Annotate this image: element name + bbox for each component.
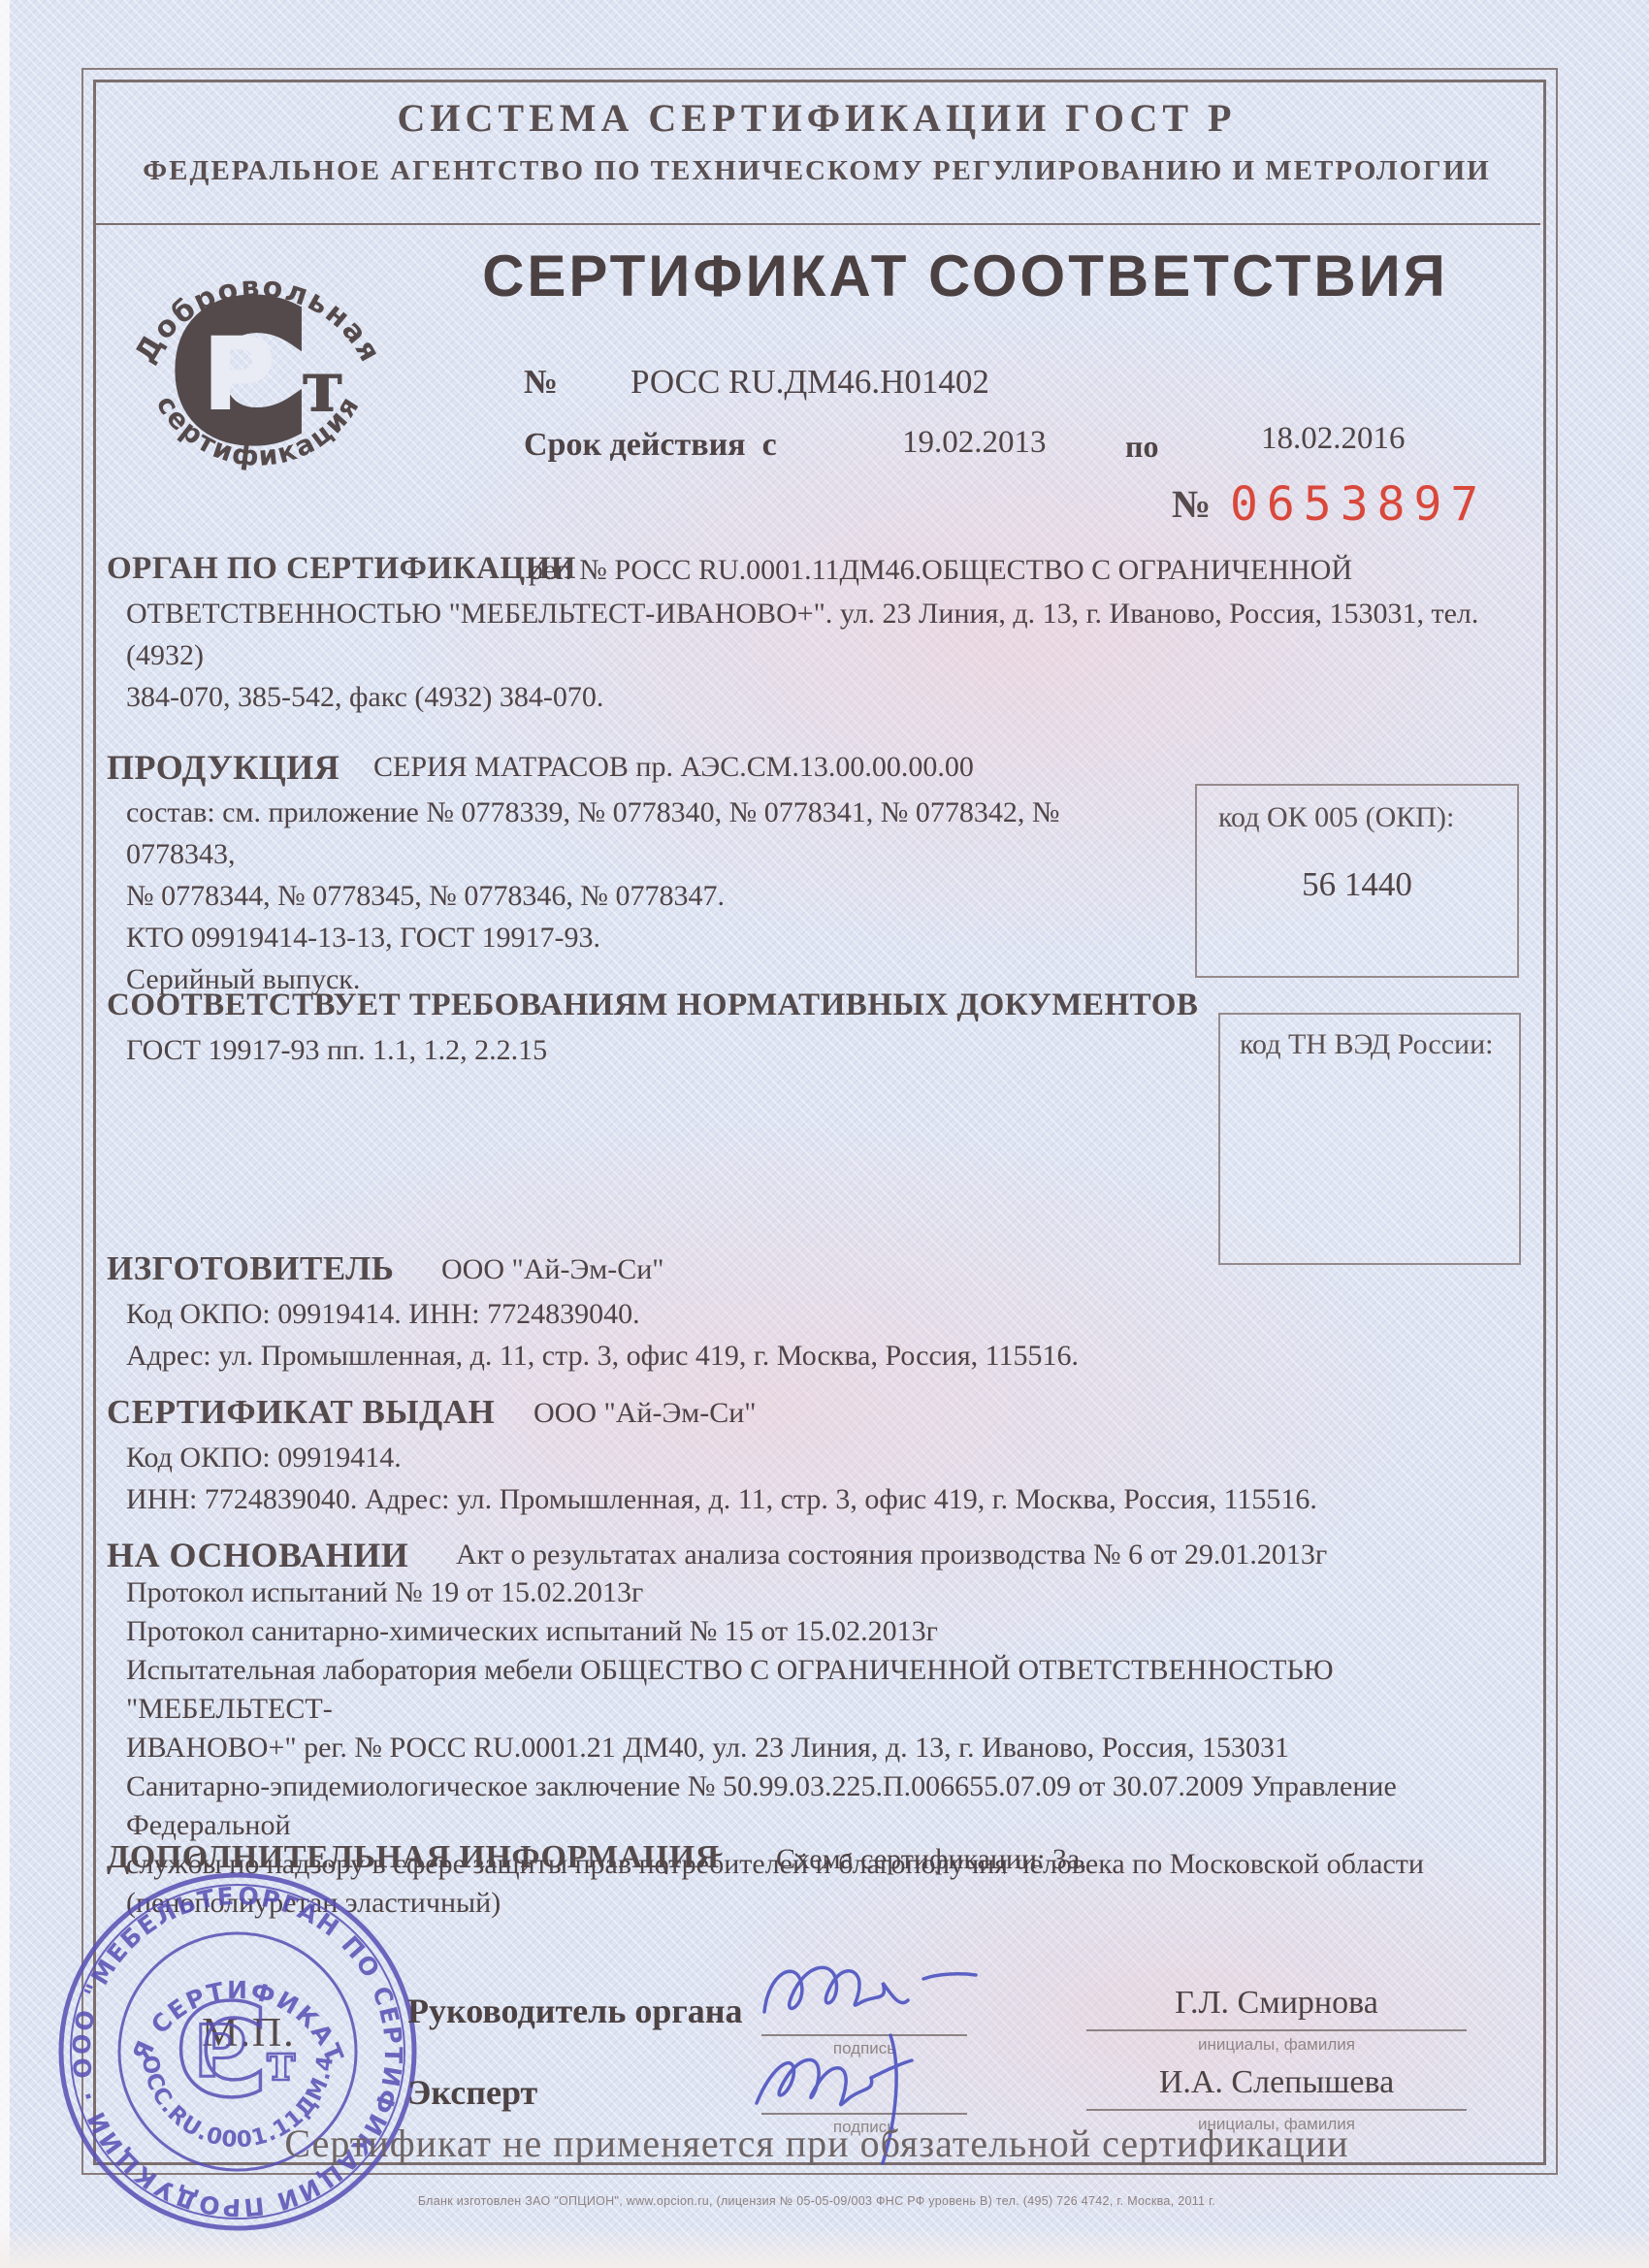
text-line: ОТВЕТСТВЕННОСТЬЮ "МЕБЕЛЬТЕСТ-ИВАНОВО+". … <box>126 593 1513 676</box>
text-line: Испытательная лаборатория мебели ОБЩЕСТВ… <box>126 1651 1523 1729</box>
valid-to-date: 18.02.2016 <box>1261 421 1406 457</box>
scan-edge <box>0 0 10 2268</box>
cert-number: РОСС RU.ДМ46.Н01402 <box>630 363 989 402</box>
product-lines: состав: см. приложение № 0778339, № 0778… <box>126 792 1174 1000</box>
text-line: ИНН: 7724839040. Адрес: ул. Промышленная… <box>126 1478 1513 1520</box>
basis-label: НА ОСНОВАНИИ <box>107 1535 408 1575</box>
head-signature-dash <box>923 1974 976 1979</box>
issued-to-lines: Код ОКПО: 09919414.ИНН: 7724839040. Адре… <box>126 1437 1513 1520</box>
expert-signature-ink <box>757 2059 872 2104</box>
organ-inline: рег. № РОСС RU.0001.11ДМ46.ОБЩЕСТВО С ОГ… <box>529 554 1352 587</box>
text-line: ИВАНОВО+" рег. № РОСС RU.0001.21 ДМ40, у… <box>126 1729 1523 1767</box>
text-line: КТО 09919414-13-13, ГОСТ 19917-93. <box>126 917 1174 958</box>
certificate-title: СЕРТИФИКАТ СООТВЕТСТВИЯ <box>417 243 1513 309</box>
svg-text:Р: Р <box>202 315 275 434</box>
valid-to-label: по <box>1125 429 1158 465</box>
system-header: СИСТЕМА СЕРТИФИКАЦИИ ГОСТ Р <box>93 95 1540 141</box>
blank-number-label: № <box>1172 481 1211 527</box>
text-line: ГОСТ 19917-93 пп. 1.1, 1.2, 2.2.15 <box>126 1029 1174 1071</box>
product-label: ПРОДУКЦИЯ <box>107 747 339 788</box>
manufacturer-lines: Код ОКПО: 09919414. ИНН: 7724839040.Адре… <box>126 1293 1513 1377</box>
product-inline: СЕРИЯ МАТРАСОВ пр. АЭС.СМ.13.00.00.00.00 <box>373 751 974 784</box>
rst-voluntary-certification-logo: Добровольная сертификация С Р т <box>109 225 407 524</box>
conformity-label: СООТВЕТСТВУЕТ ТРЕБОВАНИЯМ НОРМАТИВНЫХ ДО… <box>107 988 1198 1023</box>
svg-text:т: т <box>301 345 345 429</box>
conformity-lines: ГОСТ 19917-93 пп. 1.1, 1.2, 2.2.15 <box>126 1029 1174 1071</box>
head-of-body-role: Руководитель органа <box>407 1991 742 2031</box>
okp-code-label: код ОК 005 (ОКП): <box>1197 786 1517 834</box>
text-line: 384-070, 385-542, факс (4932) 384-070. <box>126 676 1513 718</box>
bottom-note: Сертификат не применяется при обязательн… <box>93 2121 1540 2166</box>
certification-body-stamp: ОРГАН ПО СЕРТИФИКАЦИИ ПРОДУКЦИИ · ООО "М… <box>50 1864 425 2239</box>
text-line: Код ОКПО: 09919414. <box>126 1437 1513 1478</box>
issued-to-label: СЕРТИФИКАТ ВЫДАН <box>107 1393 495 1432</box>
cert-number-label: № <box>524 363 558 402</box>
agency-header: ФЕДЕРАЛЬНОЕ АГЕНТСТВО ПО ТЕХНИЧЕСКОМУ РЕ… <box>93 155 1540 187</box>
manufacturer-label: ИЗГОТОВИТЕЛЬ <box>107 1249 394 1288</box>
organ-lines: ОТВЕТСТВЕННОСТЬЮ "МЕБЕЛЬТЕСТ-ИВАНОВО+". … <box>126 593 1513 718</box>
svg-text:Р: Р <box>194 2010 246 2093</box>
valid-from-date: 19.02.2013 <box>902 425 1047 461</box>
issued-to-inline: ООО "Ай-Эм-Си" <box>533 1397 757 1430</box>
okp-code-value: 56 1440 <box>1197 865 1517 904</box>
tnved-code-label: код ТН ВЭД России: <box>1220 1015 1519 1061</box>
text-line: Протокол санитарно-химических испытаний … <box>126 1612 1523 1651</box>
head-signature-ink <box>764 1967 908 2012</box>
text-line: Санитарно-эпидемиологическое заключение … <box>126 1767 1523 1845</box>
certificate-page: СИСТЕМА СЕРТИФИКАЦИИ ГОСТ Р ФЕДЕРАЛЬНОЕ … <box>0 0 1649 2268</box>
expert-role: Эксперт <box>407 2072 537 2113</box>
manufacturer-inline: ООО "Ай-Эм-Си" <box>441 1253 664 1286</box>
additional-inline: Схема сертификации: 3а. <box>776 1843 1087 1876</box>
basis-inline: Акт о результатах анализа состояния прои… <box>456 1539 1327 1571</box>
svg-text:т: т <box>266 2033 297 2092</box>
okp-code-box: код ОК 005 (ОКП): 56 1440 <box>1195 784 1519 978</box>
tnved-code-box: код ТН ВЭД России: <box>1218 1013 1521 1265</box>
text-line: Код ОКПО: 09919414. ИНН: 7724839040. <box>126 1293 1513 1335</box>
scan-bottom-edge <box>0 2227 1649 2268</box>
text-line: состав: см. приложение № 0778339, № 0778… <box>126 792 1174 875</box>
organ-label: ОРГАН ПО СЕРТИФИКАЦИИ <box>107 551 576 587</box>
validity-label: Срок действия с <box>524 427 777 464</box>
text-line: Протокол испытаний № 19 от 15.02.2013г <box>126 1573 1523 1612</box>
blank-number: 0653897 <box>1230 477 1487 532</box>
text-line: Адрес: ул. Промышленная, д. 11, стр. 3, … <box>126 1335 1513 1377</box>
text-line: № 0778344, № 0778345, № 0778346, № 07783… <box>126 875 1174 917</box>
blank-manufacturer-fine-print: Бланк изготовлен ЗАО "ОПЦИОН", www.opcio… <box>93 2194 1540 2208</box>
